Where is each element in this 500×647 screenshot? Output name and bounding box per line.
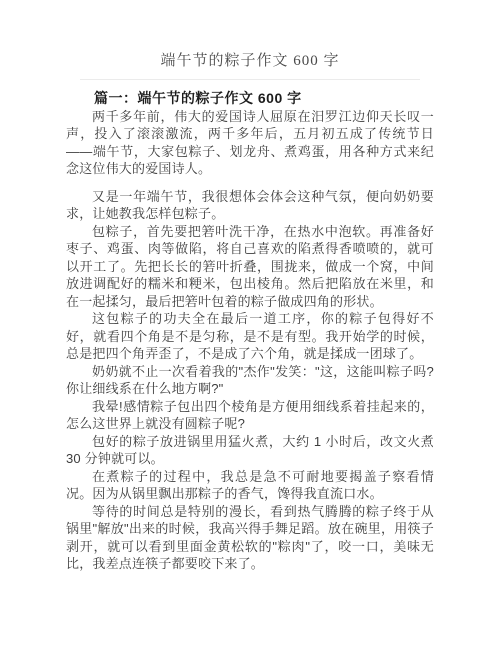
essay-paragraph: 包粽子，首先要把箬叶洗干净，在热水中泡软。再准备好枣子、鸡蛋、肉等做陷，将自己喜… <box>66 223 434 311</box>
essay-paragraph: 两千多年前，伟大的爱国诗人屈原在汨罗江边仰天长叹一声，投入了滚滚激流，两千多年后… <box>66 108 434 178</box>
essay-content: 篇一：端午节的粽子作文 600 字 两千多年前，伟大的爱国诗人屈原在汨罗江边仰天… <box>66 90 434 573</box>
essay-body: 两千多年前，伟大的爱国诗人屈原在汨罗江边仰天长叹一声，投入了滚滚激流，两千多年后… <box>66 108 434 573</box>
essay-paragraph: 这包粽子的功夫全在最后一道工序，你的粽子包得好不好，就看四个角是不是匀称，是不是… <box>66 310 434 363</box>
title-divider <box>80 79 420 80</box>
essay-paragraph: 等待的时间总是特别的漫长，看到热气腾腾的粽子终于从锅里"解放"出来的时候，我高兴… <box>66 503 434 573</box>
section-heading: 篇一：端午节的粽子作文 600 字 <box>66 90 434 108</box>
essay-paragraph: 又是一年端午节，我很想体会体会这种气氛，便向奶奶要求，让她教我怎样包粽子。 <box>66 188 434 223</box>
essay-paragraph: 包好的粽子放进锅里用猛火煮，大约 1 小时后，改文火煮 30 分钟就可以。 <box>66 433 434 468</box>
document-page: 端午节的粽子作文 600 字 篇一：端午节的粽子作文 600 字 两千多年前，伟… <box>0 0 500 647</box>
essay-paragraph: 我晕!感情粽子包出四个棱角是方便用细线系着挂起来的，怎么这世界上就没有圆粽子呢? <box>66 398 434 433</box>
essay-paragraph: 奶奶就不止一次看着我的"杰作"发笑："这，这能叫粽子吗?你让细线系在什么地方啊?… <box>66 363 434 398</box>
essay-paragraph: 在煮粽子的过程中，我总是急不可耐地要揭盖子察看情况。因为从锅里飘出那粽子的香气，… <box>66 468 434 503</box>
page-title: 端午节的粽子作文 600 字 <box>0 0 500 70</box>
